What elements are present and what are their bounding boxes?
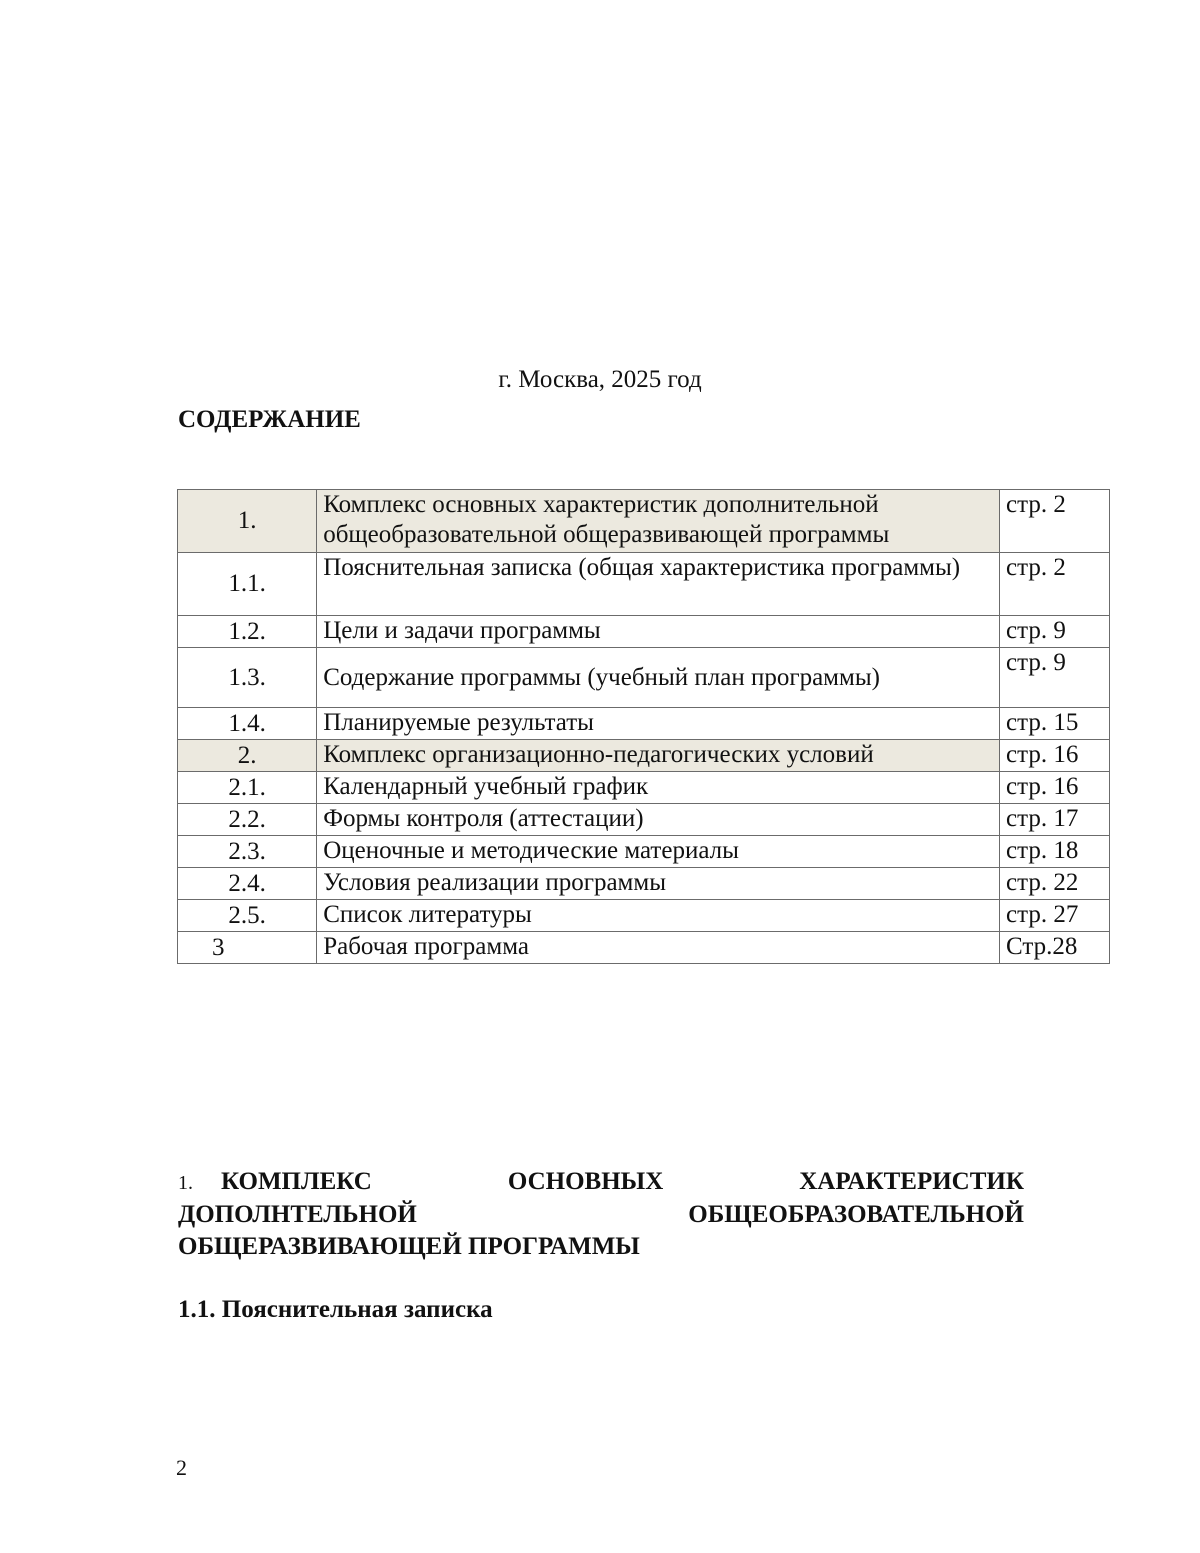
toc-row-number: 1. <box>178 490 317 553</box>
section-heading-line-1: 1.КОМПЛЕКС ОСНОВНЫХ ХАРАКТЕРИСТИК <box>178 1166 1024 1199</box>
toc-row-title: Содержание программы (учебный план прогр… <box>317 648 1000 708</box>
toc-row-title: Пояснительная записка (общая характерист… <box>317 553 1000 616</box>
section-heading: 1.КОМПЛЕКС ОСНОВНЫХ ХАРАКТЕРИСТИК ДОПОЛН… <box>178 1166 1024 1263</box>
toc-row-number: 1.2. <box>178 616 317 648</box>
toc-row-page: стр. 9 <box>1000 616 1110 648</box>
section-heading-word: ОБЩЕОБРАЗОВАТЕЛЬНОЙ <box>688 1199 1024 1231</box>
toc-row: 2.3. Оценочные и методические материалы … <box>178 836 1110 868</box>
toc-row: 1.2. Цели и задачи программы стр. 9 <box>178 616 1110 648</box>
toc-row: 1.1. Пояснительная записка (общая характ… <box>178 553 1110 616</box>
toc-row-number: 2.5. <box>178 900 317 932</box>
toc-row-title: Комплекс организационно-педагогических у… <box>317 740 1000 772</box>
toc-row-title: Список литературы <box>317 900 1000 932</box>
toc-row-page: стр. 16 <box>1000 772 1110 804</box>
section-heading-line-2: ДОПОЛНТЕЛЬНОЙ ОБЩЕОБРАЗОВАТЕЛЬНОЙ <box>178 1199 1024 1231</box>
toc-row-title: Цели и задачи программы <box>317 616 1000 648</box>
toc-row: 1. Комплекс основных характеристик допол… <box>178 490 1110 553</box>
toc-row-page: стр. 17 <box>1000 804 1110 836</box>
toc-row-title: Планируемые результаты <box>317 708 1000 740</box>
toc-row-number: 1.1. <box>178 553 317 616</box>
toc-row-page: стр. 22 <box>1000 868 1110 900</box>
section-heading-word: КОМПЛЕКС <box>221 1168 372 1195</box>
toc-row-page: стр. 2 <box>1000 490 1110 553</box>
toc-row: 2.4. Условия реализации программы стр. 2… <box>178 868 1110 900</box>
toc-row-number: 2.1. <box>178 772 317 804</box>
toc-row-number: 3 <box>178 932 317 964</box>
toc-row-page: стр. 15 <box>1000 708 1110 740</box>
toc-row-title: Комплекс основных характеристик дополнит… <box>317 490 1000 553</box>
toc-row-number: 2.2. <box>178 804 317 836</box>
toc-row-page: Стр.28 <box>1000 932 1110 964</box>
toc-row: 3 Рабочая программа Стр.28 <box>178 932 1110 964</box>
toc-row-page: стр. 2 <box>1000 553 1110 616</box>
section-heading-word: ХАРАКТЕРИСТИК <box>799 1166 1024 1199</box>
toc-row-page: стр. 16 <box>1000 740 1110 772</box>
toc-row-number: 2. <box>178 740 317 772</box>
toc-row-number: 1.3. <box>178 648 317 708</box>
toc-row-title: Рабочая программа <box>317 932 1000 964</box>
subsection-heading: 1.1. Пояснительная записка <box>178 1296 493 1324</box>
toc-row: 2.5. Список литературы стр. 27 <box>178 900 1110 932</box>
section-heading-line-3: ОБЩЕРАЗВИВАЮЩЕЙ ПРОГРАММЫ <box>178 1231 1024 1263</box>
toc-row-number: 2.3. <box>178 836 317 868</box>
section-heading-word: ОСНОВНЫХ <box>508 1166 663 1199</box>
city-year: г. Москва, 2025 год <box>0 366 1200 394</box>
toc-row-title: Формы контроля (аттестации) <box>317 804 1000 836</box>
toc-row: 2. Комплекс организационно-педагогически… <box>178 740 1110 772</box>
toc-row-title: Оценочные и методические материалы <box>317 836 1000 868</box>
toc-row-number: 1.4. <box>178 708 317 740</box>
section-heading-first: 1.КОМПЛЕКС <box>178 1166 372 1199</box>
section-number: 1. <box>178 1172 193 1194</box>
toc-table: 1. Комплекс основных характеристик допол… <box>177 489 1110 964</box>
toc-row-number: 2.4. <box>178 868 317 900</box>
toc-row-title: Календарный учебный график <box>317 772 1000 804</box>
toc-row: 2.2. Формы контроля (аттестации) стр. 17 <box>178 804 1110 836</box>
toc-row: 1.4. Планируемые результаты стр. 15 <box>178 708 1110 740</box>
page-number: 2 <box>176 1455 187 1481</box>
toc-row-title: Условия реализации программы <box>317 868 1000 900</box>
toc-row: 1.3. Содержание программы (учебный план … <box>178 648 1110 708</box>
toc-row-page: стр. 27 <box>1000 900 1110 932</box>
section-heading-word: ДОПОЛНТЕЛЬНОЙ <box>178 1199 417 1231</box>
toc-title: СОДЕРЖАНИЕ <box>178 406 361 434</box>
toc-row: 2.1. Календарный учебный график стр. 16 <box>178 772 1110 804</box>
toc-row-page: стр. 9 <box>1000 648 1110 708</box>
toc-row-page: стр. 18 <box>1000 836 1110 868</box>
